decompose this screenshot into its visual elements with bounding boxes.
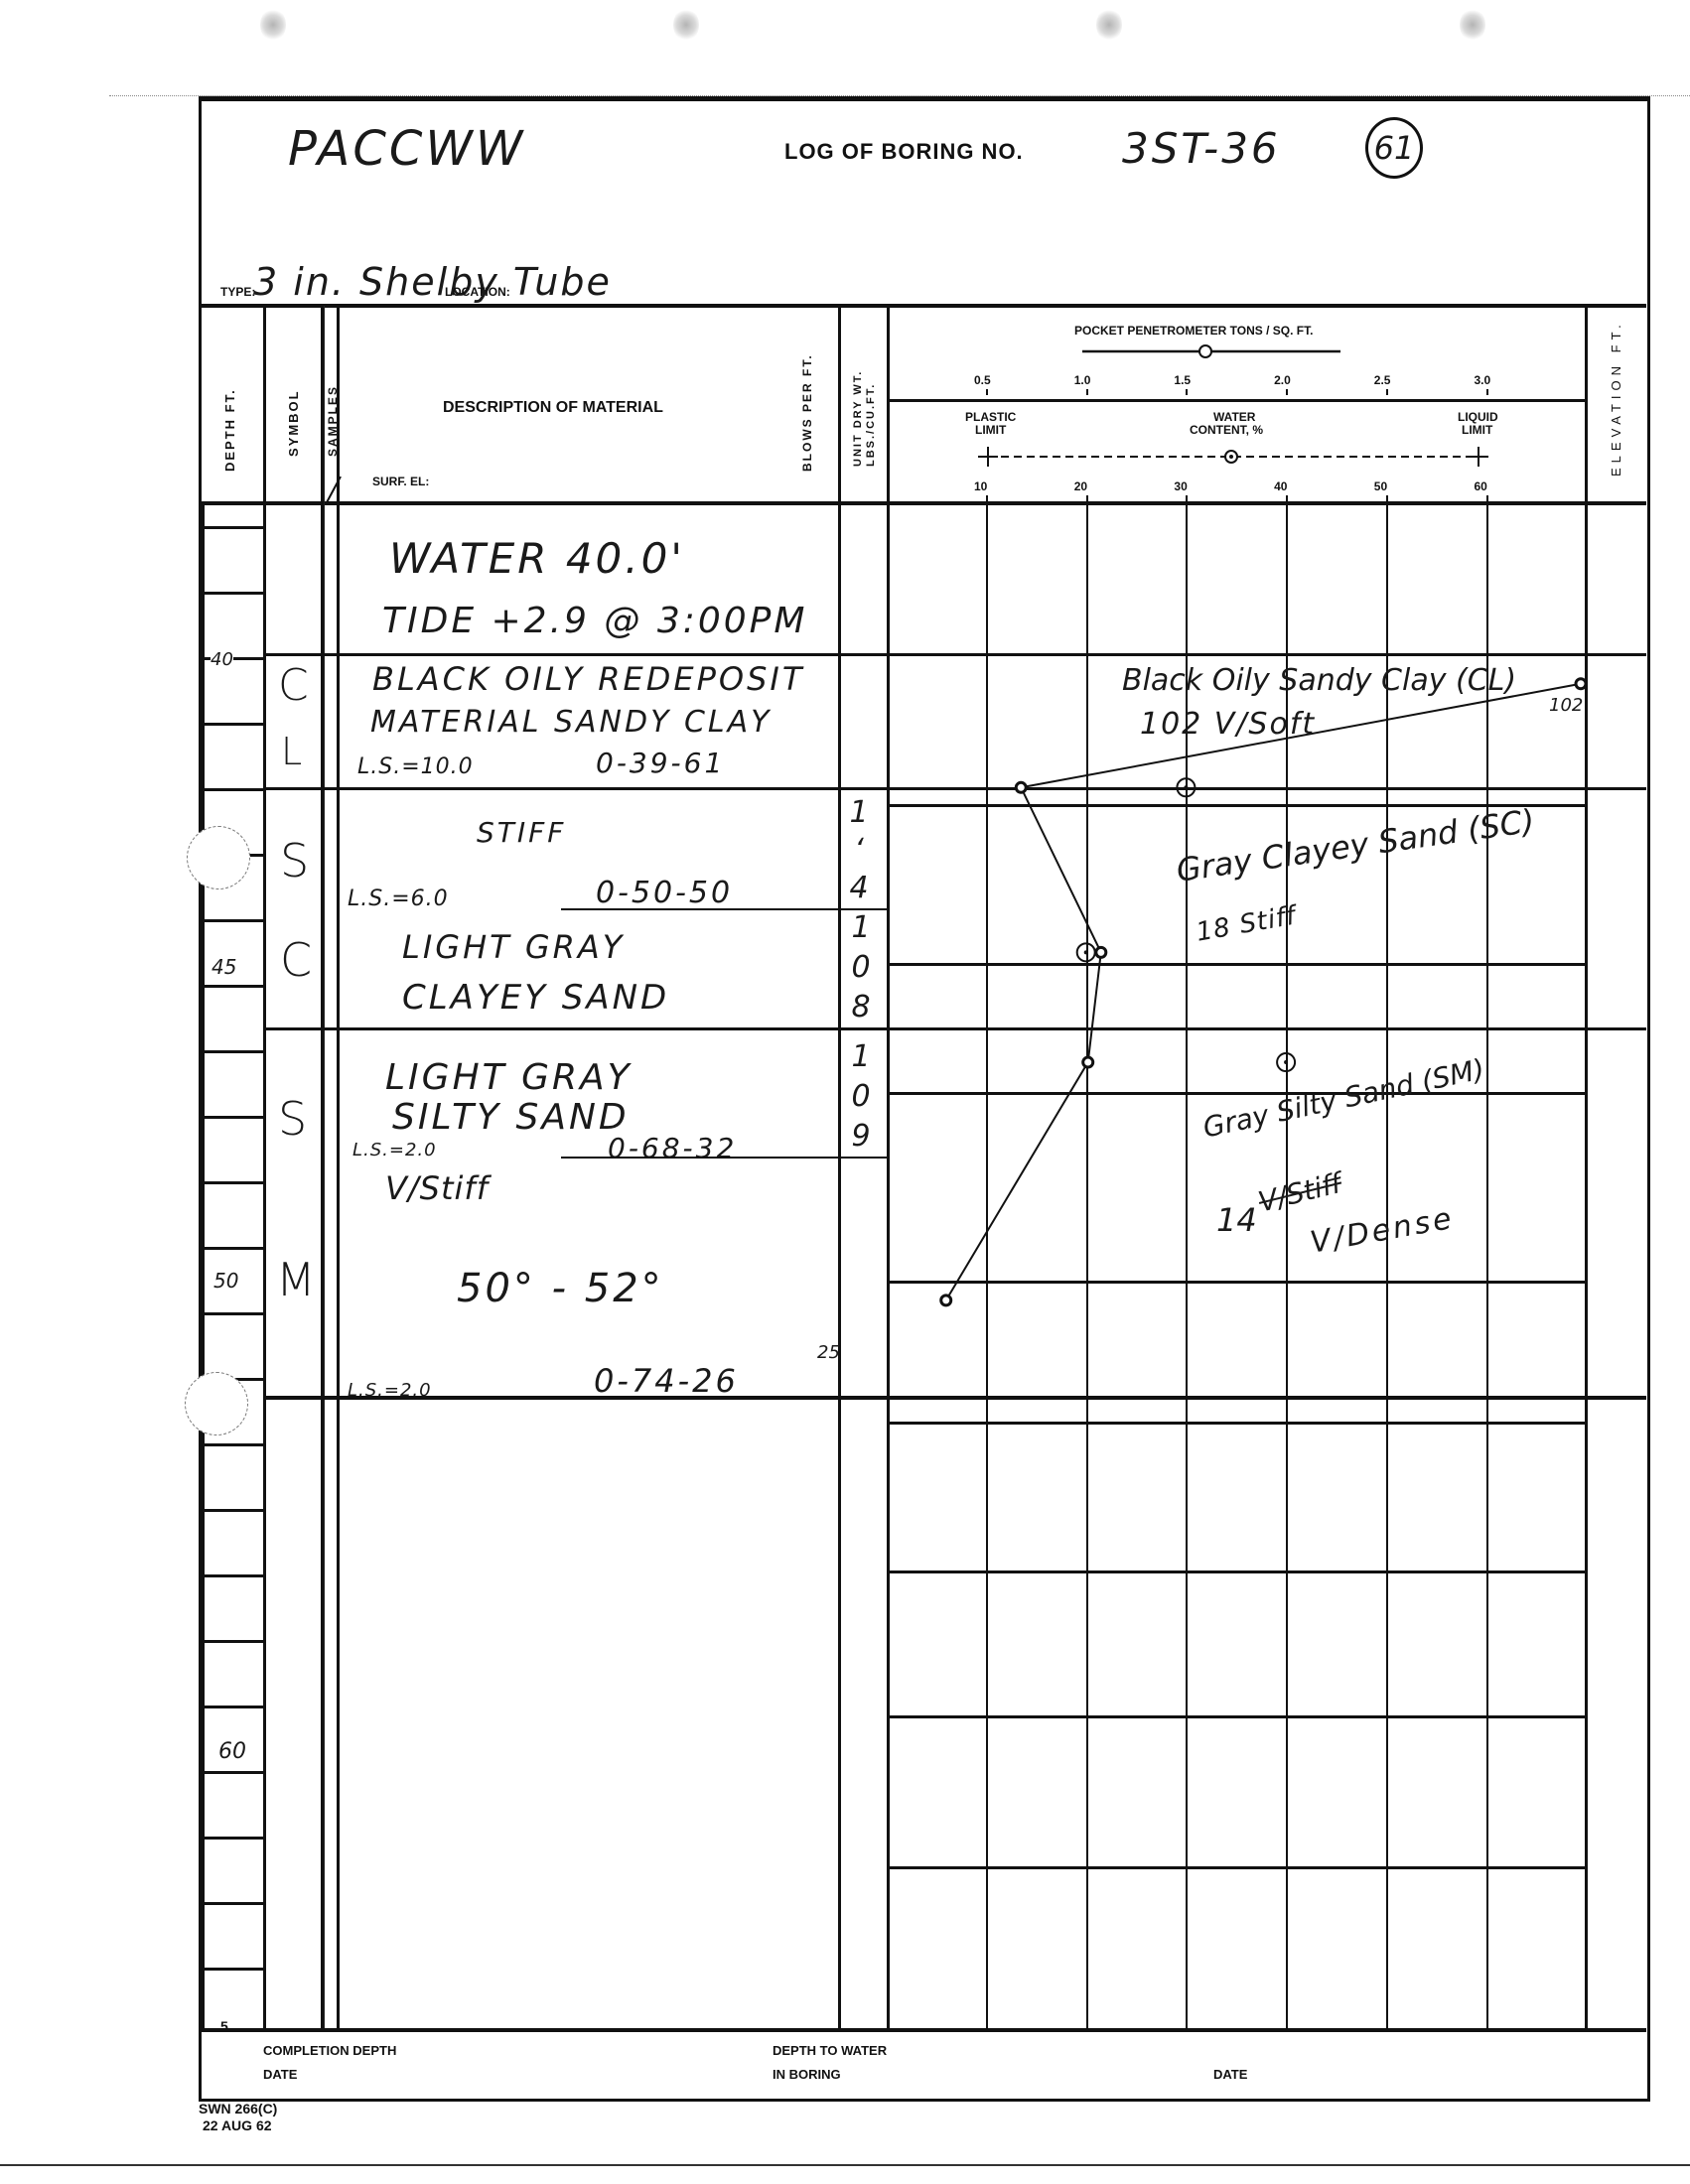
depth-label-40: 40 (211, 649, 233, 670)
symbol-sc-s: S (280, 834, 309, 887)
elevation-header: ELEVATION FT. (1609, 328, 1623, 477)
binder-hole (185, 1372, 248, 1435)
footer-in-boring: IN BORING (773, 2067, 841, 2082)
unit-dry-wt-header-2: LBS./CU.FT. (865, 347, 877, 467)
tick-mark (1386, 389, 1388, 395)
col-line-samples-a (324, 306, 325, 2031)
plot-note-sm-2: 14 (1216, 1201, 1257, 1239)
layer2-blows: 1‘4 (844, 794, 874, 907)
depth-label-45: 45 (211, 955, 236, 979)
tick-label: 50 (1374, 479, 1387, 493)
tick-mark (1186, 389, 1188, 395)
liquid-limit-label-1: LIQUID (1458, 410, 1498, 424)
tick-mark (1086, 389, 1088, 395)
footer-date-left: DATE (263, 2067, 297, 2082)
paper-edge-bottom (0, 2164, 1690, 2166)
tick-label: 20 (1074, 479, 1087, 493)
depth-tick (205, 592, 263, 595)
unit-wt-divider (839, 908, 887, 910)
depth-tick (205, 1640, 263, 1643)
footer-date-right: DATE (1213, 2067, 1247, 2082)
layer3-unit-wt: 109 (846, 1037, 876, 1157)
tick-label: 10 (974, 479, 987, 493)
layer2-desc-3: CLAYEY SAND (402, 978, 669, 1018)
depth-tick (205, 1837, 263, 1840)
layer3-desc-2: SILTY SAND (392, 1097, 630, 1138)
depth-tick (205, 1312, 263, 1315)
depth-header: DEPTH FT. (222, 352, 237, 472)
plastic-limit-label-2: LIMIT (975, 423, 1006, 437)
symbol-sm-s: S (278, 1092, 307, 1146)
unit-dry-wt-header-1: UNIT DRY WT. (852, 347, 864, 467)
layer3-ls: L.S.=2.0 (352, 1140, 437, 1160)
water-note-line-2: TIDE +2.9 @ 3:00PM (382, 601, 807, 641)
layer3-desc-4: 50° - 52° (457, 1266, 664, 1311)
layer3-desc-1: LIGHT GRAY (385, 1057, 633, 1098)
tick-label: 3.0 (1475, 373, 1491, 387)
plot-note-cl-102: 102 (1549, 695, 1583, 716)
blows-header: BLOWS PER FT. (800, 342, 814, 472)
depth-tick (205, 1509, 263, 1512)
layer1-sample: 0-39-61 (596, 747, 725, 779)
form-number: SWN 266(C) (199, 2101, 277, 2116)
footer-depth-to-water: DEPTH TO WATER (773, 2043, 887, 2058)
layer2-unit-wt: 108 (846, 908, 876, 1027)
layer3-note-25: 25 (817, 1342, 840, 1363)
samples-header: SAMPLES (326, 357, 340, 457)
limits-symbol (978, 445, 1494, 469)
plastic-limit-label-1: PLASTIC (965, 410, 1016, 424)
col-line-depth (263, 306, 266, 2031)
depth-tick (205, 1247, 263, 1250)
depth-tick (205, 526, 263, 529)
layer3-desc-3: V/Stiff (385, 1169, 489, 1207)
tick-label: 1.0 (1074, 373, 1091, 387)
layer2-sample: 0-50-50 (596, 876, 733, 910)
samples-corner-slant (324, 477, 344, 506)
tick-label: 2.5 (1374, 373, 1391, 387)
depth-tick (205, 1771, 263, 1774)
symbol-sm-m: M (276, 1253, 316, 1306)
tick-label: 40 (1274, 479, 1287, 493)
boring-number: 3ST-36 (1122, 124, 1281, 173)
tick-label: 0.5 (974, 373, 991, 387)
liquid-limit-label-2: LIMIT (1462, 423, 1492, 437)
symbol-sc-c: C (280, 933, 312, 987)
depth-col-left-thick (199, 501, 205, 2030)
depth-tick (205, 919, 263, 922)
depth-tick (205, 1181, 263, 1184)
tick-label: 60 (1475, 479, 1487, 493)
symbol-cl-l: L (281, 730, 302, 773)
boring-number-circled: 61 (1365, 117, 1423, 179)
description-header: DESCRIPTION OF MATERIAL (443, 399, 663, 417)
type-value: 3 in. Shelby Tube (253, 260, 612, 304)
water-content-label-2: CONTENT, % (1190, 423, 1263, 437)
tick-mark (986, 389, 988, 395)
layer2-desc-1: STIFF (477, 816, 566, 849)
depth-tick (205, 985, 263, 988)
tick-mark (1486, 389, 1488, 395)
depth-tick (205, 1574, 263, 1577)
scan-smudge (673, 8, 699, 42)
tick-mark (1286, 389, 1288, 395)
plot-note-cl-1: Black Oily Sandy Clay (CL) (1122, 663, 1516, 698)
surf-el-label: SURF. EL: (372, 475, 429, 488)
layer2-ls: L.S.=6.0 (348, 887, 449, 911)
form-date: 22 AUG 62 (203, 2117, 272, 2133)
water-note-line-1: WATER 40.0' (389, 534, 685, 583)
scan-smudge (1460, 8, 1485, 42)
layer1-desc-2: MATERIAL SANDY CLAY (370, 705, 772, 740)
tick-label: 30 (1174, 479, 1187, 493)
layer1-ls: L.S.=10.0 (357, 754, 474, 779)
depth-label-50: 50 (213, 1269, 238, 1293)
location-label: LOCATION: (445, 285, 510, 299)
layer2-desc-2: LIGHT GRAY (402, 928, 625, 966)
depth-tick (205, 1968, 263, 1971)
scan-smudge (1096, 8, 1122, 42)
layer1-desc-1: BLACK OILY REDEPOSIT (372, 660, 804, 698)
tick-label: 2.0 (1274, 373, 1291, 387)
form-title: LOG OF BORING NO. (784, 139, 1024, 165)
depth-tick (205, 1443, 263, 1446)
pocket-pen-title: POCKET PENETROMETER TONS / SQ. FT. (1074, 324, 1313, 338)
depth-tick (205, 723, 263, 726)
binder-hole (187, 826, 250, 889)
tick-label: 1.5 (1174, 373, 1191, 387)
depth-tick (205, 788, 263, 791)
layer3-sample-2: 0-74-26 (594, 1362, 739, 1400)
plot-note-cl-2: 102 V/Soft (1140, 707, 1316, 742)
layer3-ls-2: L.S.=2.0 (348, 1380, 432, 1401)
layer3-sample: 0-68-32 (608, 1132, 737, 1164)
project-name: PACCWW (288, 121, 525, 177)
depth-tick (205, 1050, 263, 1053)
col-line-desc (838, 306, 841, 2031)
layer3-sample-underline (561, 1157, 889, 1159)
type-label: TYPE: (220, 285, 255, 299)
depth-tick (205, 1902, 263, 1905)
water-content-label-1: WATER (1213, 410, 1255, 424)
chart-header-mid-line (887, 399, 1587, 402)
depth-label-60: 60 (218, 1739, 246, 1764)
symbol-header: SYMBOL (286, 377, 301, 457)
depth-tick (205, 1706, 263, 1708)
col-line-samples (337, 306, 340, 2031)
header-top-line (199, 304, 1646, 308)
depth-tick (205, 1116, 263, 1119)
pocket-pen-symbol (1082, 341, 1340, 361)
footer-completion-depth: COMPLETION DEPTH (263, 2043, 396, 2058)
symbol-cl-c: C (278, 660, 309, 711)
scan-smudge (260, 8, 286, 42)
